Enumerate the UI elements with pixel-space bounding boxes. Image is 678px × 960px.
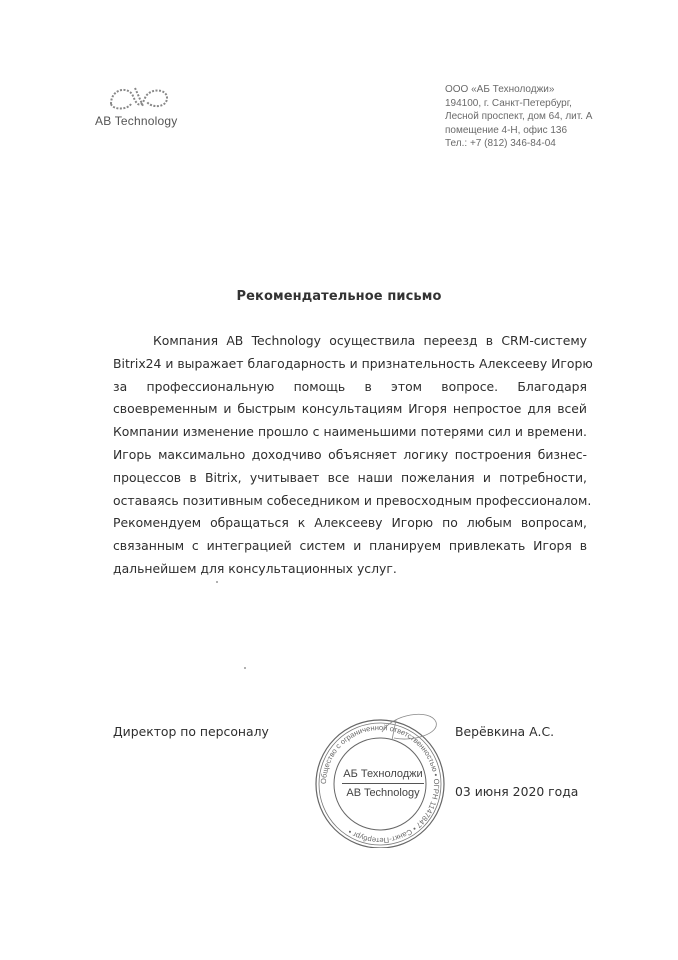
address-line: 194100, г. Санкт-Петербург, [445, 97, 592, 111]
body-line: Компании изменение прошло с наименьшими … [113, 421, 587, 444]
address-line: Тел.: +7 (812) 346-84-04 [445, 137, 592, 151]
letter-date: 03 июня 2020 года [455, 784, 578, 799]
address-line: помещение 4-Н, офис 136 [445, 124, 592, 138]
body-line: процессов в Bitrix, учитывает все наши п… [113, 467, 587, 490]
letter-title: Рекомендательное письмо [0, 289, 678, 304]
address-line: Лесной проспект, дом 64, лит. А [445, 110, 592, 124]
letter-page: AB Technology ООО «АБ Технолоджи» 194100… [0, 0, 678, 960]
letter-body: Компания AB Technology осуществила перее… [113, 330, 587, 581]
body-line: связанным с интеграцией систем и планиру… [113, 535, 587, 558]
stamp-divider [342, 783, 424, 784]
scan-speck [216, 581, 218, 583]
company-logo: AB Technology [95, 82, 205, 128]
body-line: Bitrix24 и выражает благодарность и приз… [113, 353, 587, 376]
company-address: ООО «АБ Технолоджи» 194100, г. Санкт-Пет… [445, 83, 592, 151]
body-line: Компания AB Technology осуществила перее… [113, 330, 587, 353]
signer-position: Директор по персоналу [113, 724, 269, 739]
body-line: Игорь максимально доходчиво объясняет ло… [113, 444, 587, 467]
logo-text: AB Technology [95, 114, 205, 128]
stamp-name-ru: АБ Технолоджи [338, 766, 428, 782]
address-line: ООО «АБ Технолоджи» [445, 83, 592, 97]
ab-infinity-logo-icon [107, 82, 171, 112]
body-line: Рекомендуем обращаться к Алексееву Игорю… [113, 512, 587, 535]
signer-name: Верёвкина А.С. [455, 724, 554, 739]
stamp-center: АБ Технолоджи AB Technology [338, 766, 428, 801]
body-line: дальнейшем для консультационных услуг. [113, 558, 587, 581]
stamp-name-en: AB Technology [338, 785, 428, 801]
body-line: за профессиональную помощь в этом вопрос… [113, 376, 587, 399]
scan-speck [244, 667, 246, 669]
body-line: своевременным и быстрым консультациям Иг… [113, 398, 587, 421]
body-line: оставаясь позитивным собеседником и прев… [113, 490, 587, 513]
